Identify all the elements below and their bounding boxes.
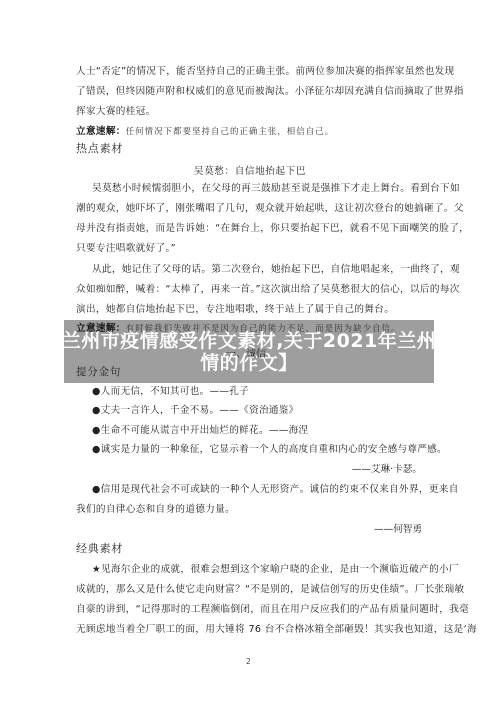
hot-p2-line-2: 众如痴如醉，喊着：“太棒了，再来一首。”这次演出给了吴莫愁很大的信心，以后的每次 <box>76 284 426 296</box>
hot-p2-line-1: 从此，她记住了父母的话。第二次登台，她抬起下巴，自信地唱起来，一曲终了，观 <box>92 264 442 276</box>
quote-2: ●丈夫一言许人，千金不易。——《资治通鉴》 <box>92 405 299 417</box>
insight-1-label: 立意速解： <box>76 126 126 137</box>
classic-line-2: 成就的，那么又是什么使它走向财富？“不是别的，是诚信创写的历史佳绩”。厂长张瑞敏 <box>76 584 426 596</box>
quote-5-attribution: ——何智勇 <box>374 524 422 536</box>
hot-material-title: 吴莫愁：自信地抬起下巴 <box>0 163 500 177</box>
document-page: 人士“否定”的情况下，能否坚持自己的正确主张。前两位参加决赛的指挥家虽然也发现 … <box>0 0 500 706</box>
insight-1: 立意速解：任何情况下都要坚持自己的正确主张，相信自己。 <box>76 125 426 138</box>
classic-line-1: ★见海尔企业的成就，很难会想到这个家喻户晓的企业，是由一个濒临近破产的小厂 <box>92 564 426 576</box>
quote-5-line-2: 我们的自律心态和自身的道德力量。 <box>76 504 426 516</box>
section-quotes: 提分金句 <box>76 365 121 379</box>
intro-line-3: 挥家大赛的桂冠。 <box>76 106 426 118</box>
insight-1-text: 任何情况下都要坚持自己的正确主张，相信自己。 <box>126 126 334 136</box>
quote-3: ●生命不可能从谎言中开出灿烂的鲜花。——海涅 <box>92 425 308 437</box>
hot-p2-line-3: 演出，她都自信地抬起下巴，专注地唱歌，终于站上了属于自己的舞台。 <box>76 304 426 316</box>
quote-4: ●诚实是力量的一种象征，它显示着一个人的高度自重和内心的安全感与尊严感。 <box>92 444 447 456</box>
quote-1: ●人而无信，不知其可也。——孔子 <box>92 386 249 398</box>
hot-p1-line-3: 母并没有指责她，而是告诉她：“在舞台上，你只要抬起下巴，就看不见下面嘲笑的脸了， <box>76 223 426 235</box>
hot-p1-line-4: 只要专注唱歌就好了。” <box>76 243 426 255</box>
insight-2: 立意速解：有时候我们失败并不是因为自己的能力不足，而是因为缺少自信。 <box>76 322 426 335</box>
hot-p1-line-2: 潮的观众，她吓坏了，刚张嘴唱了几句，观众就开始起哄，这让初次登台的她搞砸了。父 <box>76 203 426 215</box>
quote-5-line-1: ●信用是现代社会不可或缺的一种个人无形资产。诚信的约束不仅来自外界，更来自 <box>92 484 442 496</box>
page-number: 2 <box>246 657 251 666</box>
insight-2-text: 有时候我们失败并不是因为自己的能力不足，而是因为缺少自信。 <box>126 323 401 333</box>
classic-line-4: 无顾虑地当着全厂职工的面，用大锤将 76 台不合格冰箱全部砸毁！其实我也知道，这… <box>76 624 426 636</box>
section-classic-material: 经典素材 <box>76 542 123 556</box>
hot-p1-line-1: 吴莫愁小时候懦弱胆小，在父母的再三鼓励甚至说是强推下才走上舞台。看到台下如 <box>92 183 426 195</box>
insight-2-label: 立意速解： <box>76 323 126 334</box>
intro-line-2: 了错误，但终因随声附和权威们的意见而被淘汰。小泽征尔却因充满自信而摘取了世界指 <box>76 86 426 98</box>
chapter-heading: 一、诚信 <box>226 345 266 360</box>
intro-line-1: 人士“否定”的情况下，能否坚持自己的正确主张。前两位参加决赛的指挥家虽然也发现 <box>76 66 426 78</box>
quote-4-attribution: ——艾琳·卡瑟。 <box>352 464 422 476</box>
section-hot-material: 热点素材 <box>76 142 123 156</box>
classic-line-3: 自豪的讲到，“记得那时的工程濒临倒闭，而且在用户反应我们的产品有质量问题时，我毫 <box>76 604 426 616</box>
